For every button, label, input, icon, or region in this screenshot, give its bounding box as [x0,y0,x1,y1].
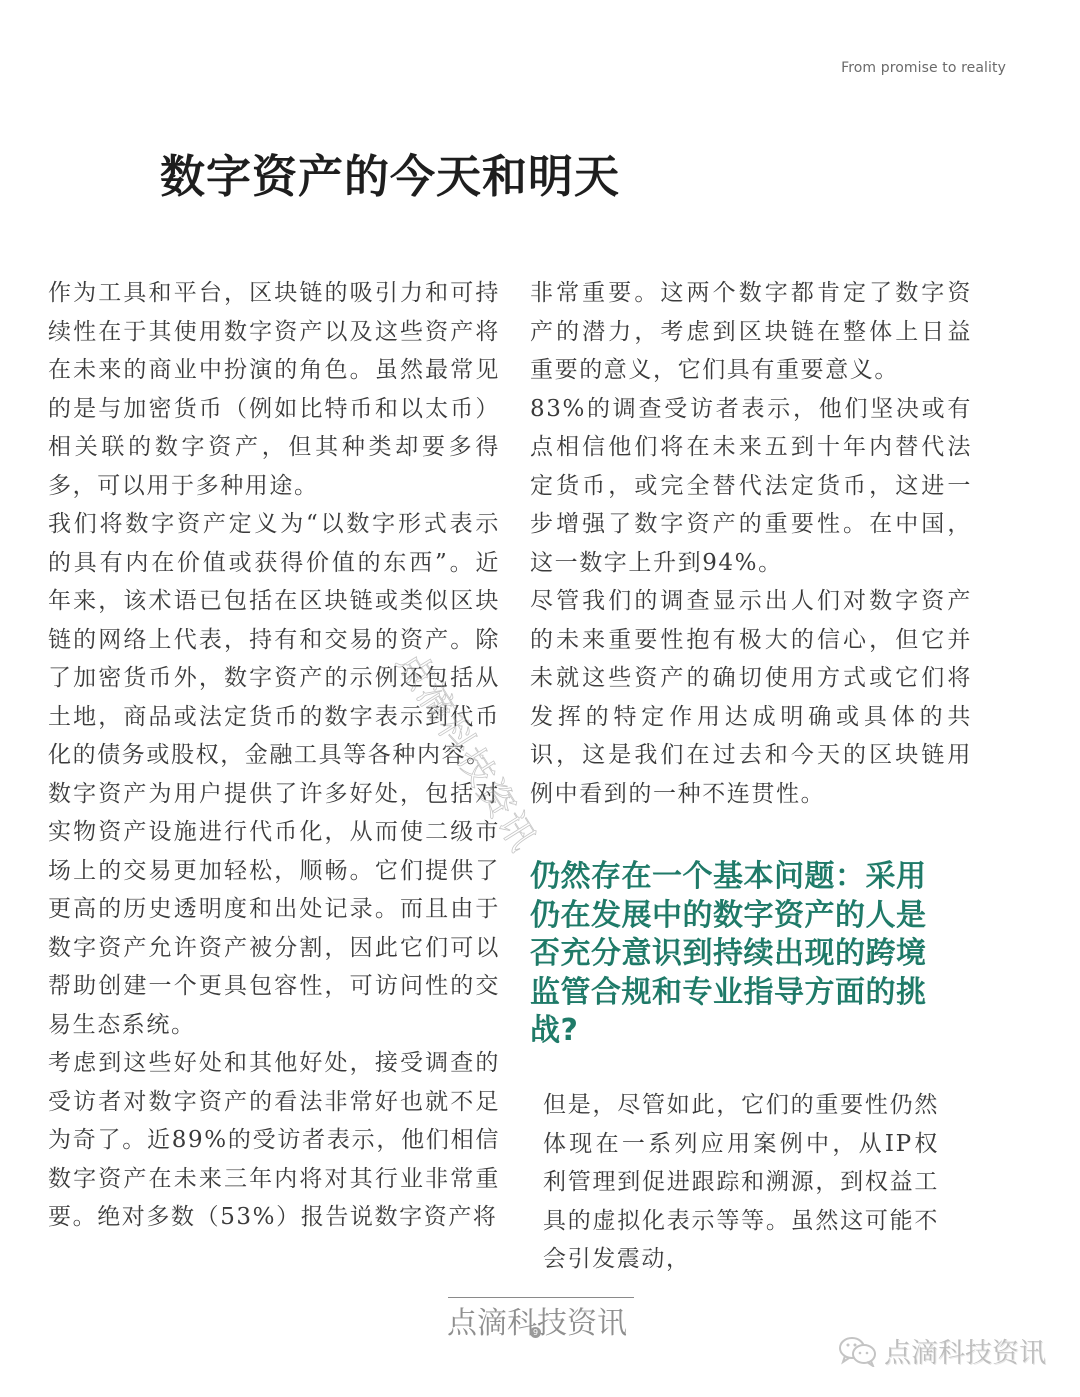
body-paragraph: 尽管我们的调查显示出人们对数字资产的未来重要性抱有极大的信心，但它并未就这些资产… [530,582,972,813]
body-paragraph: 我们将数字资产定义为“以数字形式表示的具有内在价值或获得价值的东西”。近年来，该… [48,505,500,775]
body-paragraph: 83%的调查受访者表示，他们坚决或有点相信他们将在未来五到十年内替代法定货币，或… [530,390,972,583]
right-column-continued: 但是，尽管如此，它们的重要性仍然体现在一系列应用案例中，从IP权利管理到促进跟踪… [543,1086,939,1279]
pull-quote: 仍然存在一个基本问题：采用仍在发展中的数字资产的人是否充分意识到持续出现的跨境监… [530,858,940,1051]
wechat-account-name: 点滴科技资讯 [884,1331,1046,1370]
body-paragraph: 但是，尽管如此，它们的重要性仍然体现在一系列应用案例中，从IP权利管理到促进跟踪… [543,1086,939,1279]
wechat-account-badge: 点滴科技资讯 [838,1331,1046,1370]
page-title: 数字资产的今天和明天 [160,140,620,205]
page-number: 9 [530,1327,541,1338]
wechat-icon [838,1335,878,1367]
body-paragraph: 作为工具和平台，区块链的吸引力和可持续性在于其使用数字资产以及这些资产将在未来的… [48,274,500,505]
left-column: 作为工具和平台，区块链的吸引力和可持续性在于其使用数字资产以及这些资产将在未来的… [48,274,500,1237]
body-paragraph: 考虑到这些好处和其他好处，接受调查的受访者对数字资产的看法非常好也就不足为奇了。… [48,1044,500,1237]
body-paragraph: 非常重要。这两个数字都肯定了数字资产的潜力，考虑到区块链在整体上日益重要的意义，… [530,274,972,390]
running-head: From promise to reality [841,60,1006,76]
body-paragraph: 数字资产为用户提供了许多好处，包括对实物资产设施进行代币化，从而使二级市场上的交… [48,775,500,1045]
right-column: 非常重要。这两个数字都肯定了数字资产的潜力，考虑到区块链在整体上日益重要的意义，… [530,274,972,813]
